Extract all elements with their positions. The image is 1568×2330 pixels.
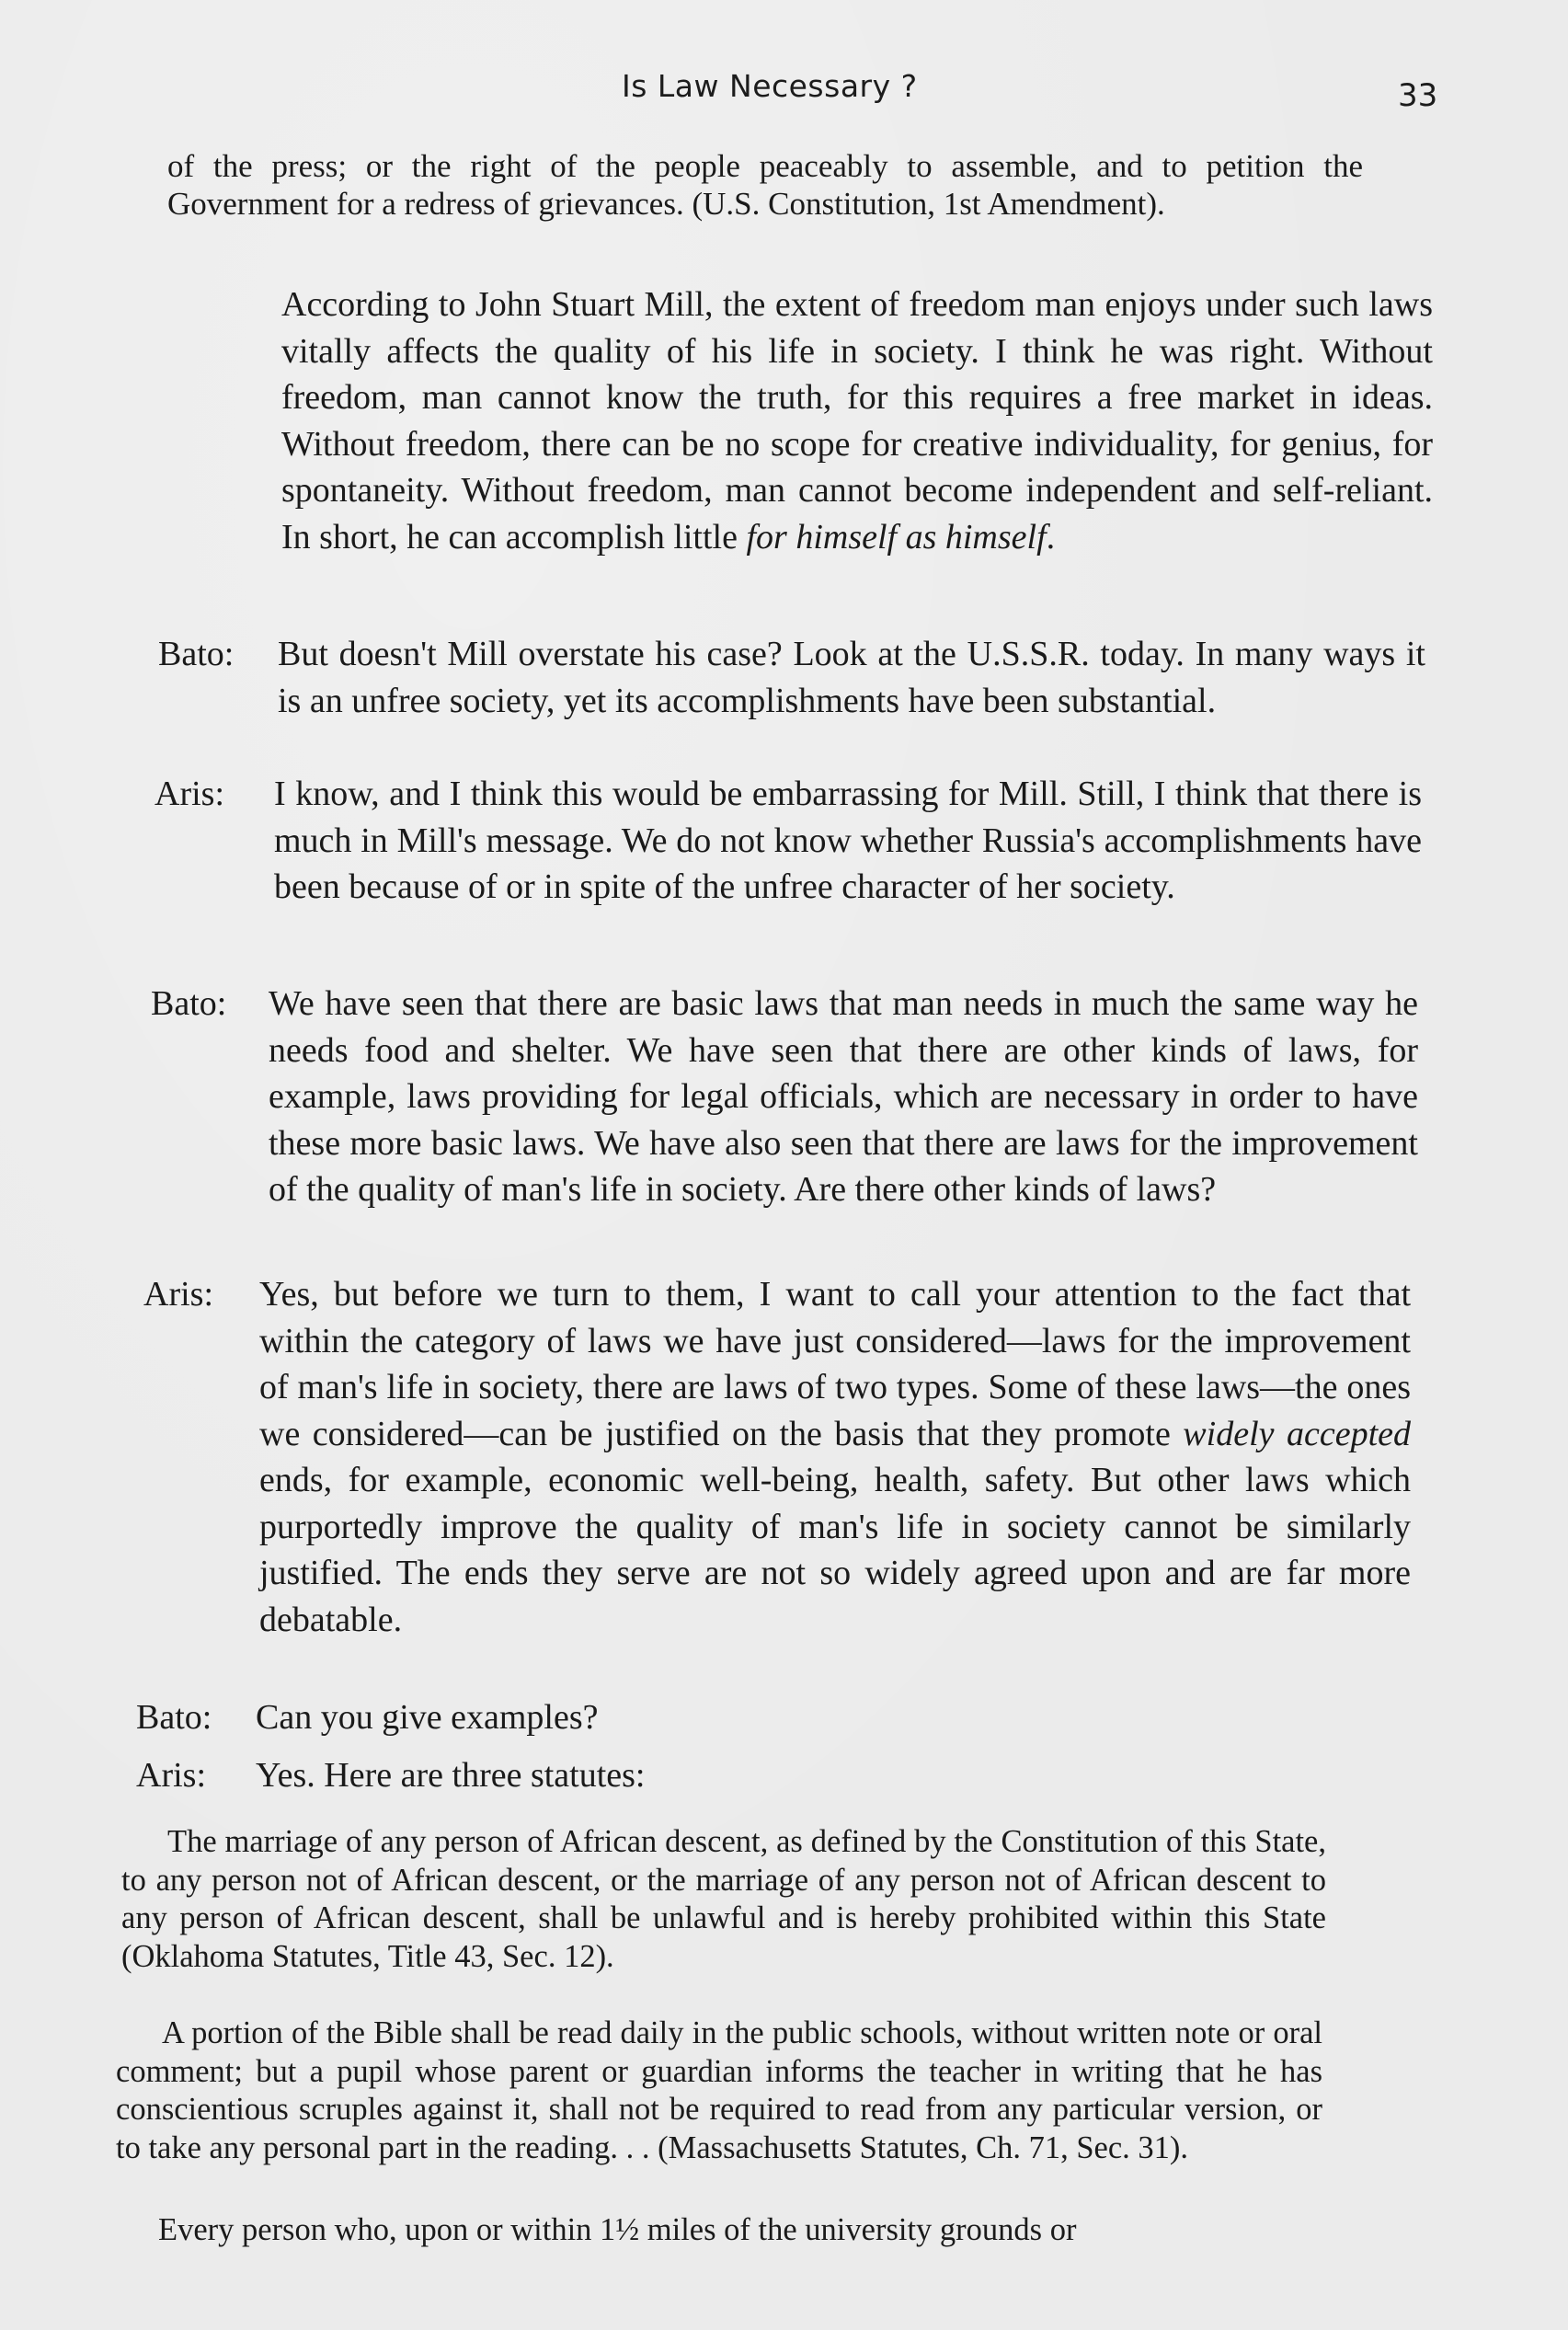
speech-text: Can you give examples? — [256, 1694, 1359, 1741]
mill-paragraph: According to John Stuart Mill, the exten… — [281, 281, 1433, 560]
speech-content: I know, and I think this would be embarr… — [274, 775, 1422, 906]
speech-content: Can you give examples? — [256, 1698, 599, 1737]
page-number: 33 — [1398, 77, 1437, 114]
running-head: Is Law Necessary ? 33 — [0, 68, 1568, 114]
speaker-label: Aris: — [136, 1752, 206, 1799]
statute-quote: A portion of the Bible shall be read dai… — [116, 2014, 1322, 2167]
statute-quote: The marriage of any person of African de… — [121, 1823, 1326, 1976]
speech-text: We have seen that there are basic laws t… — [269, 981, 1418, 1213]
speech-content-end: ends, for example, economic well-being, … — [259, 1461, 1411, 1639]
continued-quote-text: of the press; or the right of the people… — [167, 148, 1363, 222]
statute-quote: Every person who, upon or within 1½ mile… — [112, 2211, 1322, 2250]
speech-content: We have seen that there are basic laws t… — [269, 984, 1418, 1209]
running-title: Is Law Necessary ? — [622, 68, 918, 104]
speaker-label: Bato: — [158, 631, 234, 678]
speaker-label: Aris: — [155, 771, 224, 818]
mill-paragraph-emphasis: for himself as himself — [746, 518, 1046, 557]
mill-paragraph-end: . — [1047, 518, 1056, 557]
mill-paragraph-text: According to John Stuart Mill, the exten… — [281, 285, 1433, 557]
statute-text: The marriage of any person of African de… — [121, 1824, 1326, 1974]
speaker-label: Bato: — [136, 1694, 212, 1741]
speaker-label: Aris: — [143, 1271, 213, 1318]
book-page: Is Law Necessary ? 33 of the press; or t… — [0, 0, 1568, 2330]
speech-emphasis: widely accepted — [1183, 1415, 1411, 1453]
speech-text: I know, and I think this would be embarr… — [274, 771, 1422, 911]
speaker-label: Bato: — [151, 981, 226, 1027]
statute-text: Every person who, upon or within 1½ mile… — [158, 2212, 1076, 2247]
speech-text: But doesn't Mill overstate his case? Loo… — [278, 631, 1425, 724]
speech-text: Yes. Here are three statutes: — [256, 1752, 1359, 1799]
speech-content: But doesn't Mill overstate his case? Loo… — [278, 635, 1425, 720]
speech-content: Yes. Here are three statutes: — [256, 1756, 646, 1795]
statute-text: A portion of the Bible shall be read dai… — [116, 2015, 1322, 2165]
speech-text: Yes, but before we turn to them, I want … — [259, 1271, 1411, 1643]
continued-quote: of the press; or the right of the people… — [167, 147, 1363, 223]
